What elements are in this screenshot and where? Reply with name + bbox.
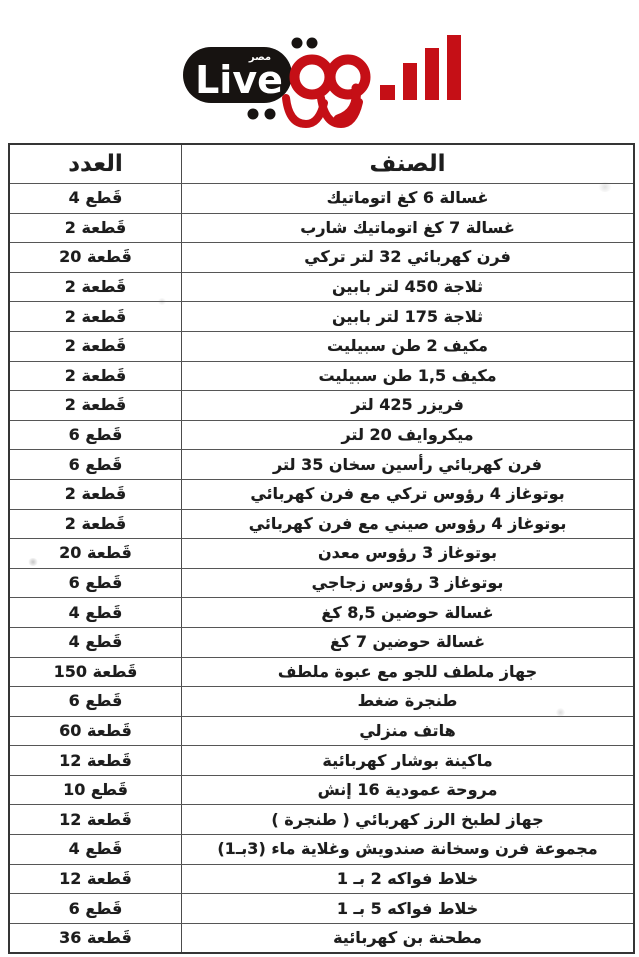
table-row: 20 قَطعة بوتوغاز 3 رؤوس معدن	[10, 538, 633, 568]
qty-cell: 2 قَطعة	[10, 302, 182, 331]
item-cell: غسالة حوضين 7 كغ	[182, 628, 633, 657]
item-cell: جهاز ملطف للجو مع عبوة ملطف	[182, 658, 633, 687]
item-cell: غسالة حوضين 8,5 كغ	[182, 598, 633, 627]
table-row: 2 قَطعة مكيف 2 طن سبيليت	[10, 331, 633, 361]
item-cell: خلاط فواكه 5 بـ 1	[182, 894, 633, 923]
table-row: 2 قَطعة ثلاجة 175 لتر بابين	[10, 301, 633, 331]
live-badge: Live مصر	[183, 47, 292, 120]
item-cell: ماكينة بوشار كهربائية	[182, 746, 633, 775]
table-row: 36 قَطعة مطحنة بن كهربائية	[10, 923, 633, 953]
table-row: 2 قَطعة بوتوغاز 4 رؤوس صيني مع فرن كهربا…	[10, 509, 633, 539]
table-row: 20 قَطعة فرن كهربائي 32 لتر تركي	[10, 242, 633, 272]
item-cell: بوتوغاز 4 رؤوس صيني مع فرن كهربائي	[182, 510, 633, 539]
item-cell: ثلاجة 175 لتر بابين	[182, 302, 633, 331]
table-row: 4 قَطع مجموعة فرن وسخانة صندويش وغلاية م…	[10, 834, 633, 864]
item-cell: مجموعة فرن وسخانة صندويش وغلاية ماء (3بـ…	[182, 835, 633, 864]
ya-dots-icon	[248, 109, 276, 120]
item-cell: مروحة عمودية 16 إنش	[182, 776, 633, 805]
qty-cell: 20 قَطعة	[10, 539, 182, 568]
qty-cell: 2 قَطعة	[10, 510, 182, 539]
qty-cell: 2 قَطعة	[10, 362, 182, 391]
qty-cell: 60 قَطعة	[10, 717, 182, 746]
item-cell: بوتوغاز 4 رؤوس تركي مع فرن كهربائي	[182, 480, 633, 509]
table-row: 2 قَطعة مكيف 1,5 طن سبيليت	[10, 361, 633, 391]
qty-cell: 2 قَطعة	[10, 480, 182, 509]
item-cell: بوتوغاز 3 رؤوس زجاجي	[182, 569, 633, 598]
qty-cell: 12 قَطعة	[10, 805, 182, 834]
qty-cell: 6 قَطع	[10, 450, 182, 479]
item-cell: طنجرة ضغط	[182, 687, 633, 716]
qty-cell: 2 قَطعة	[10, 391, 182, 420]
qty-cell: 6 قَطع	[10, 894, 182, 923]
qty-cell: 2 قَطعة	[10, 273, 182, 302]
table-row: 6 قَطع طنجرة ضغط	[10, 686, 633, 716]
item-cell: ميكروايف 20 لتر	[182, 421, 633, 450]
qty-cell: 2 قَطعة	[10, 214, 182, 243]
qty-cell: 12 قَطعة	[10, 746, 182, 775]
qty-cell: 20 قَطعة	[10, 243, 182, 272]
item-cell: بوتوغاز 3 رؤوس معدن	[182, 539, 633, 568]
item-cell: فرن كهربائي 32 لتر تركي	[182, 243, 633, 272]
table-row: 12 قَطعة جهاز لطبخ الرز كهربائي ( طنجرة …	[10, 804, 633, 834]
table-row: 10 قَطع مروحة عمودية 16 إنش	[10, 775, 633, 805]
table-row: 150 قَطعة جهاز ملطف للجو مع عبوة ملطف	[10, 657, 633, 687]
signal-bars-icon	[380, 35, 461, 100]
item-cell: غسالة 6 كغ اتوماتيك	[182, 184, 633, 213]
table-row: 6 قَطع ميكروايف 20 لتر	[10, 420, 633, 450]
item-cell: فريزر 425 لتر	[182, 391, 633, 420]
item-column-header: الصنف	[182, 145, 633, 183]
item-cell: مكيف 2 طن سبيليت	[182, 332, 633, 361]
qty-cell: 4 قَطع	[10, 628, 182, 657]
qty-cell: 4 قَطع	[10, 598, 182, 627]
item-cell: مكيف 1,5 طن سبيليت	[182, 362, 633, 391]
item-cell: مطحنة بن كهربائية	[182, 924, 633, 953]
table-row: 2 قَطعة ثلاجة 450 لتر بابين	[10, 272, 633, 302]
item-cell: هاتف منزلي	[182, 717, 633, 746]
table-header-row: العدد الصنف	[10, 145, 633, 183]
item-cell: جهاز لطبخ الرز كهربائي ( طنجرة )	[182, 805, 633, 834]
item-cell: خلاط فواكه 2 بـ 1	[182, 865, 633, 894]
masr-label: مصر	[248, 52, 271, 63]
table-row: 2 قَطعة فريزر 425 لتر	[10, 390, 633, 420]
table-row: 6 قَطع بوتوغاز 3 رؤوس زجاجي	[10, 568, 633, 598]
qty-cell: 4 قَطع	[10, 835, 182, 864]
page-background: { "logo": { "live_label": "Live", "masr_…	[0, 0, 639, 957]
item-cell: غسالة 7 كغ اتوماتيك شارب	[182, 214, 633, 243]
qty-cell: 6 قَطع	[10, 569, 182, 598]
live-label: Live	[195, 58, 283, 102]
qty-cell: 2 قَطعة	[10, 332, 182, 361]
table-row: 6 قَطع خلاط فواكه 5 بـ 1	[10, 893, 633, 923]
table-body: 4 قَطع غسالة 6 كغ اتوماتيك 2 قَطعة غسالة…	[10, 183, 633, 952]
table-row: 2 قَطعة بوتوغاز 4 رؤوس تركي مع فرن كهربا…	[10, 479, 633, 509]
qty-cell: 36 قَطعة	[10, 924, 182, 953]
qty-cell: 4 قَطع	[10, 184, 182, 213]
qty-cell: 6 قَطع	[10, 421, 182, 450]
inventory-table: العدد الصنف 4 قَطع غسالة 6 كغ اتوماتيك 2…	[8, 143, 635, 954]
table-row: 4 قَطع غسالة حوضين 8,5 كغ	[10, 597, 633, 627]
qty-cell: 12 قَطعة	[10, 865, 182, 894]
table-row: 12 قَطعة خلاط فواكه 2 بـ 1	[10, 864, 633, 894]
item-cell: فرن كهربائي رأسين سخان 35 لتر	[182, 450, 633, 479]
qty-cell: 6 قَطع	[10, 687, 182, 716]
table-row: 60 قَطعة هاتف منزلي	[10, 716, 633, 746]
waqt-masr-live-logo: Live مصر	[180, 30, 465, 130]
table-row: 4 قَطع غسالة حوضين 7 كغ	[10, 627, 633, 657]
table-row: 12 قَطعة ماكينة بوشار كهربائية	[10, 745, 633, 775]
qty-cell: 10 قَطع	[10, 776, 182, 805]
waw-qaf-letters-icon	[286, 38, 366, 125]
table-row: 2 قَطعة غسالة 7 كغ اتوماتيك شارب	[10, 213, 633, 243]
item-cell: ثلاجة 450 لتر بابين	[182, 273, 633, 302]
table-row: 4 قَطع غسالة 6 كغ اتوماتيك	[10, 183, 633, 213]
table-row: 6 قَطع فرن كهربائي رأسين سخان 35 لتر	[10, 449, 633, 479]
logo-graphic: Live مصر	[180, 30, 465, 130]
qty-column-header: العدد	[10, 145, 182, 183]
qty-cell: 150 قَطعة	[10, 658, 182, 687]
